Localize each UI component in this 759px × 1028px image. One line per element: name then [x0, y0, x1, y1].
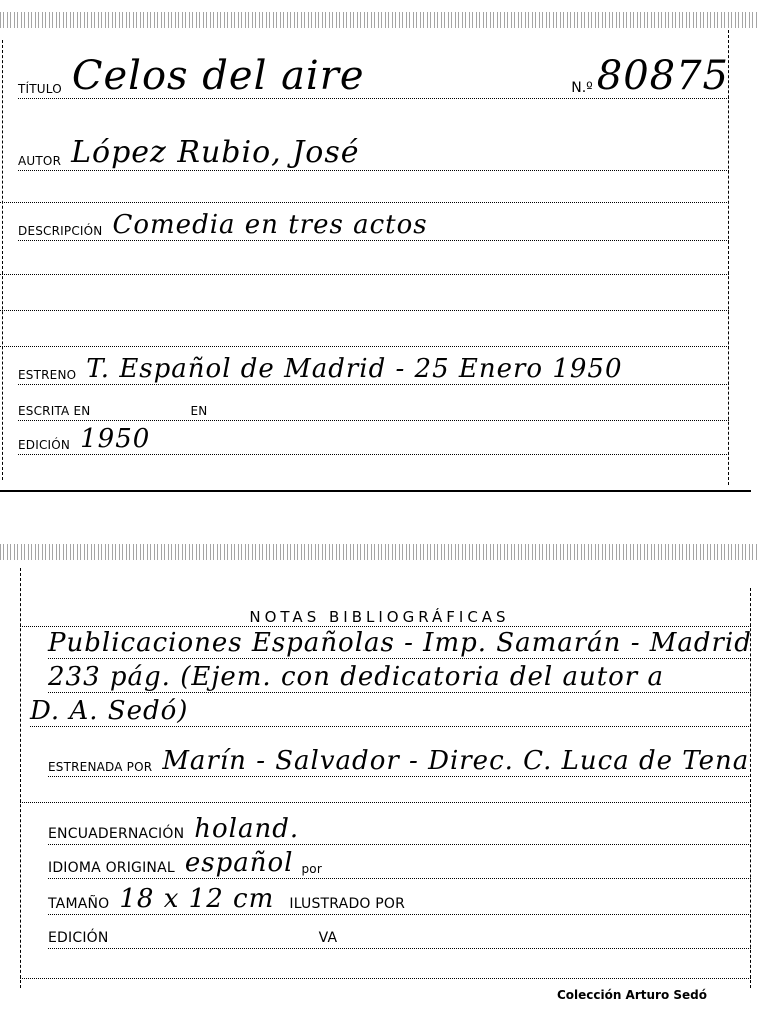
author-row: Autor López Rubio, José [18, 142, 729, 171]
premiere-label: Estreno [18, 368, 76, 384]
premiere-row: Estreno T. Español de Madrid - 25 Enero … [18, 356, 729, 385]
description-value: Comedia en tres actos [112, 212, 427, 240]
catalog-card-front: Título Celos del aire N.º 80875 Autor Ló… [0, 0, 759, 492]
ruled-line [20, 978, 751, 979]
card-edge-left [20, 568, 21, 988]
binding-value: holand. [194, 816, 299, 844]
edition-back-row: Edición VA [48, 920, 751, 949]
title-row: Título Celos del aire N.º 80875 [18, 70, 729, 99]
value-label: VA [319, 930, 338, 948]
premiere-value: T. Español de Madrid - 25 Enero 1950 [86, 356, 622, 384]
edition-value: 1950 [80, 426, 150, 454]
number-label: N.º [571, 80, 593, 98]
notes-heading: Notas bibliográficas [0, 608, 759, 626]
notes-text-1: Publicaciones Españolas - Imp. Samarán -… [48, 630, 752, 658]
notes-line-2: 233 pág. (Ejem. con dedicatoria del auto… [48, 664, 751, 693]
ruled-line [0, 202, 729, 203]
binding-row: Encuadernación holand. [48, 816, 751, 845]
number-value: 80875 [597, 56, 729, 98]
ruled-line [0, 346, 729, 347]
size-value: 18 x 12 cm [119, 886, 289, 914]
illustrated-by-label: Ilustrado por [289, 896, 405, 914]
notes-text-2: 233 pág. (Ejem. con dedicatoria del auto… [48, 664, 664, 692]
ruled-line [0, 310, 729, 311]
premiered-by-value: Marín - Salvador - Direc. C. Luca de Ten… [162, 748, 749, 776]
by-label: por [301, 862, 322, 878]
original-language-value: español [185, 850, 294, 878]
edition-back-value [119, 946, 319, 948]
size-row: Tamaño 18 x 12 cm Ilustrado por [48, 886, 751, 915]
notes-text-3: D. A. Sedó) [30, 698, 188, 726]
edition-back-label: Edición [48, 930, 109, 948]
written-in-value [100, 418, 190, 420]
card-bottom-edge [0, 490, 751, 492]
author-value: López Rubio, José [71, 138, 359, 170]
ruled-line [20, 802, 751, 803]
written-en-label: En [190, 404, 207, 420]
author-label: Autor [18, 154, 61, 170]
notes-line-1: Publicaciones Españolas - Imp. Samarán -… [48, 630, 751, 659]
original-language-label: Idioma original [48, 860, 175, 878]
written-in-row: Escrita en En [18, 392, 729, 421]
title-value: Celos del aire [72, 56, 365, 98]
written-in-label: Escrita en [18, 404, 90, 420]
edition-label: Edición [18, 438, 70, 454]
collection-credit: Colección Arturo Sedó [557, 988, 707, 1002]
premiered-by-row: Estrenada por Marín - Salvador - Direc. … [48, 748, 751, 777]
catalog-card-back: Notas bibliográficas Publicaciones Españ… [0, 548, 759, 1028]
notes-line-3: D. A. Sedó) [30, 698, 751, 727]
description-row: Descripción Comedia en tres actos [18, 212, 729, 241]
size-label: Tamaño [48, 896, 109, 914]
premiered-by-label: Estrenada por [48, 760, 152, 776]
title-label: Título [18, 82, 62, 98]
card-edge-left [2, 40, 3, 480]
binding-label: Encuadernación [48, 826, 184, 844]
description-label: Descripción [18, 224, 102, 240]
ruled-line [20, 626, 751, 627]
original-language-row: Idioma original español por [48, 850, 751, 879]
edition-row: Edición 1950 [18, 426, 729, 455]
ruled-line [0, 274, 729, 275]
